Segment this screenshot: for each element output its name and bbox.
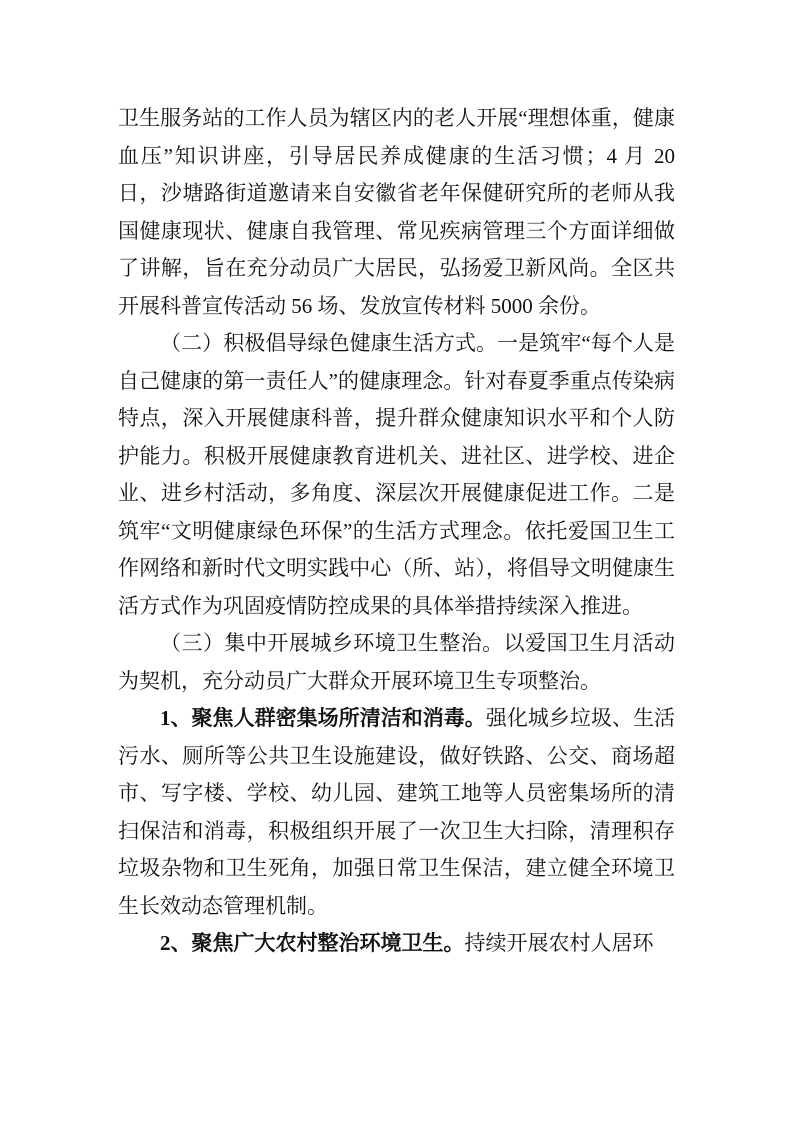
paragraph-section-three: （三）集中开展城乡环境卫生整治。以爱国卫生月活动为契机，充分动员广大群众开展环境…	[118, 625, 675, 700]
paragraph-item-two: 2、聚焦广大农村整治环境卫生。持续开展农村人居环	[118, 925, 675, 963]
document-text-block: 卫生服务站的工作人员为辖区内的老人开展“理想体重，健康血压”知识讲座，引导居民养…	[118, 100, 675, 963]
paragraph-section-two-body: （二）积极倡导绿色健康生活方式。一是筑牢“每个人是自己健康的第一责任人”的健康理…	[118, 331, 675, 618]
document-page: 卫生服务站的工作人员为辖区内的老人开展“理想体重，健康血压”知识讲座，引导居民养…	[0, 0, 793, 1122]
paragraph-item-one-lead: 1、聚焦人群密集场所清洁和消毒。	[160, 706, 486, 730]
paragraph-item-two-lead: 2、聚焦广大农村整治环境卫生。	[160, 931, 465, 955]
paragraph-item-two-body: 持续开展农村人居环	[465, 931, 654, 955]
paragraph-continued: 卫生服务站的工作人员为辖区内的老人开展“理想体重，健康血压”知识讲座，引导居民养…	[118, 100, 675, 325]
paragraph-item-one: 1、聚焦人群密集场所清洁和消毒。强化城乡垃圾、生活污水、厕所等公共卫生设施建设，…	[118, 700, 675, 925]
paragraph-section-three-body: （三）集中开展城乡环境卫生整治。以爱国卫生月活动为契机，充分动员广大群众开展环境…	[118, 631, 675, 693]
paragraph-continued-body: 卫生服务站的工作人员为辖区内的老人开展“理想体重，健康血压”知识讲座，引导居民养…	[118, 106, 675, 318]
paragraph-item-one-body: 强化城乡垃圾、生活污水、厕所等公共卫生设施建设，做好铁路、公交、商场超市、写字楼…	[118, 706, 675, 918]
paragraph-section-two: （二）积极倡导绿色健康生活方式。一是筑牢“每个人是自己健康的第一责任人”的健康理…	[118, 325, 675, 625]
